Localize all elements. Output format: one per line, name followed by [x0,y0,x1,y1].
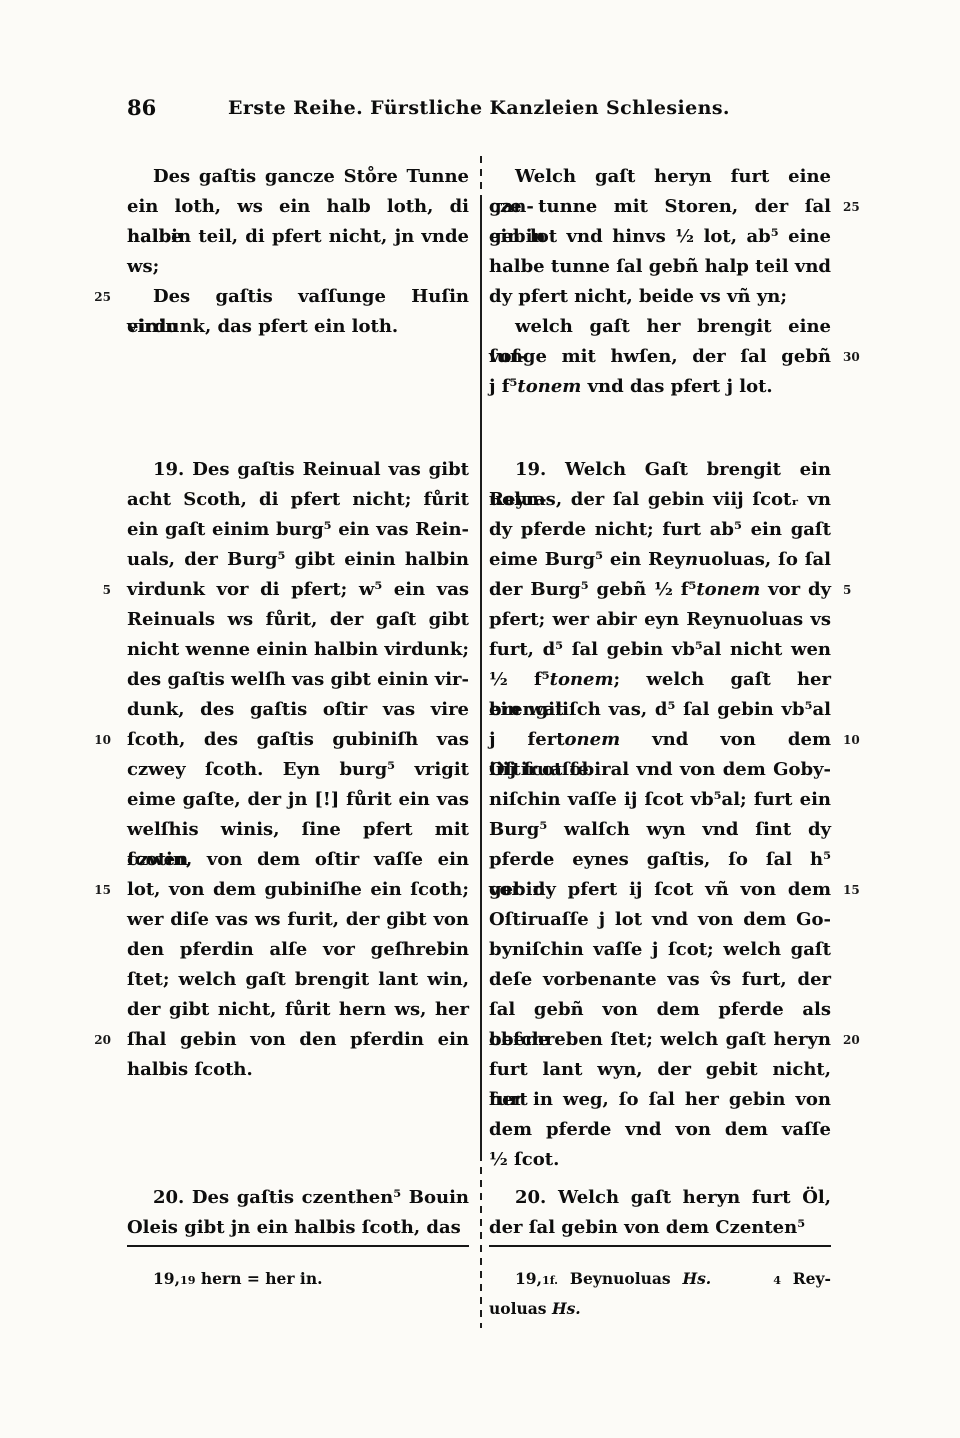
text-line: virdunk, das pfert ein loth. [127,312,469,342]
margin-line-number: 10 [94,725,111,756]
small-ref-text: 4 [773,1274,781,1287]
column-divider-line [480,202,482,1154]
text-line: her in weg, ſo ſal her gebin von [489,1085,831,1115]
italic-text: tonem [517,376,581,397]
margin-line-number: 15 [94,875,111,906]
margin-line-number: 20 [843,1025,860,1056]
text-line: ein waliſch vas, d⁵ ſal gebin vb⁵al [489,695,831,725]
text-line: ein gaſt einim burg⁵ ein vas Rein- [127,515,469,545]
text-line: ſhal gebin von den pferdin ein20 [127,1025,469,1055]
text-line: byniſchin vaſſe j ſcot; welch gaſt [489,935,831,965]
footnote-rule-left [127,1245,469,1247]
text-line: ſunge mit hwſen, der ſal gebñ30 [489,342,831,372]
text-line: dem pferde vnd von dem vaſſe [489,1115,831,1145]
text-block-item20-left: 20. Des gaſtis czenthen⁵ BouinOleis gibt… [127,1183,469,1243]
text-line: furt lant wyn, der gebit nicht, furt [489,1055,831,1085]
italic-text: tonem [550,669,614,690]
text-line: welch gaſt her brengit eine voſ- [489,312,831,342]
text-line: virdunk vor di pfert; w⁵ ein vas5 [127,575,469,605]
margin-line-number: 25 [843,192,860,223]
margin-line-number: 20 [94,1025,111,1056]
italic-text: tonem [696,579,760,600]
margin-line-number: 10 [843,725,860,756]
text-line: Burg⁵ walſch wyn vnd ſint dy [489,815,831,845]
footnote-block-fnote-right: 19,1f. Beynuoluas Hs. 4 Rey-uoluas Hs. [489,1264,831,1324]
text-line: uoluas, der ſal gebin viij ſcotᵣ vn [489,485,831,515]
text-line: halbis ſcoth. [127,1055,469,1085]
text-line: pfert; wer abir eyn Reynuoluas vs [489,605,831,635]
text-line: dunk, des gaſtis oſtir vas vire [127,695,469,725]
text-line: welſhis winis, ſine pfert mit czwen [127,815,469,845]
right-text-column: Welch gaſt heryn furt eine gan-cze tunne… [489,0,831,1438]
book-page: 86 Erste Reihe. Fürstliche Kanzleien Sch… [0,0,960,1438]
text-line: Oſtiruaſſe j lot vnd von dem Go- [489,905,831,935]
margin-line-number: 5 [103,575,111,606]
text-line: wer diſe vas ws furit, der gibt von [127,905,469,935]
margin-line-number: 5 [843,575,851,606]
text-line: deſe vorbenante vas v̂s furt, der [489,965,831,995]
text-block-intro-left: Des gaſtis gancze Sto̊re Tunneein loth, … [127,162,469,342]
text-line: der ſal gebin von dem Czenten⁵ [489,1213,831,1243]
text-line: ½ f⁵tonem; welch gaſt her brengit [489,665,831,695]
text-line: eime Burg⁵ ein Reynuoluas, ſo ſal [489,545,831,575]
italic-text: Hs. [552,1299,581,1318]
text-line: cze tunne mit Storen, der ſal gebin25 [489,192,831,222]
text-line: ſcotin, von dem oſtir vaſſe ein [127,845,469,875]
text-line: Des gaſtis gancze Sto̊re Tunne [127,162,469,192]
text-block-intro-right: Welch gaſt heryn furt eine gan-cze tunne… [489,162,831,402]
italic-text: n [685,549,698,570]
margin-line-number: 30 [843,342,860,373]
text-line: Reinuals ws fůrit, der gaſt gibt [127,605,469,635]
margin-line-number: 15 [843,875,860,906]
text-line: halbin teil, di pfert nicht, jn vnde [127,222,469,252]
text-line: ſtet; welch gaſt brengit lant win, [127,965,469,995]
text-line: ½ ſcot. [489,1145,831,1175]
left-text-column: Des gaſtis gancze Sto̊re Tunneein loth, … [127,0,469,1438]
text-block-item19-left: 19. Des gaſtis Reinual vas gibtacht Scot… [127,455,469,1085]
text-line: ein lot vnd hinvs ½ lot, ab⁵ eine [489,222,831,252]
text-line: Des gaſtis vaſſunge Huſin einin25 [127,282,469,312]
text-line: ein loth, ws ein halb loth, di halbe [127,192,469,222]
text-line: vor dy pfert ij ſcot vñ von dem15 [489,875,831,905]
footnote-rule-right [489,1245,831,1247]
text-block-item19-right: 19. Welch Gaſt brengit ein Reyn-uoluas, … [489,455,831,1175]
text-line: 19,1f. Beynuoluas Hs. 4 Rey- [489,1264,831,1294]
text-line: 20. Des gaſtis czenthen⁵ Bouin [127,1183,469,1213]
italic-text: Hs. [682,1269,711,1288]
margin-line-number: 25 [68,282,111,313]
text-line: ws; [127,252,469,282]
small-ref-text: 1f. [542,1274,558,1287]
text-line: dy pfert nicht, beide vs vñ yn; [489,282,831,312]
text-line: der Burg⁵ gebñ ½ f⁵tonem vor dy5 [489,575,831,605]
text-line: beſchreben ſtet; welch gaſt heryn20 [489,1025,831,1055]
text-line: 19,19 hern = her in. [127,1264,469,1294]
text-line: nicht wenne einin halbin virdunk; [127,635,469,665]
text-block-item20-right: 20. Welch gaſt heryn furt Öl,der ſal geb… [489,1183,831,1243]
text-line: lot, von dem gubiniſhe ein ſcoth;15 [127,875,469,905]
text-line: 20. Welch gaſt heryn furt Öl, [489,1183,831,1213]
text-line: ſcoth, des gaſtis gubiniſh vas10 [127,725,469,755]
text-line: acht Scoth, di pfert nicht; fůrit [127,485,469,515]
small-ref-text: 19 [180,1274,196,1287]
text-line: Welch gaſt heryn furt eine gan- [489,162,831,192]
text-line: czwey ſcoth. Eyn burg⁵ vrigit [127,755,469,785]
text-line: niſchin vaſſe ij ſcot vb⁵al; furt ein [489,785,831,815]
text-line: 19. Des gaſtis Reinual vas gibt [127,455,469,485]
text-line: Oleis gibt jn ein halbis ſcoth, das [127,1213,469,1243]
column-divider-line-top [480,156,482,202]
text-line: j fertonem vnd von dem Oſtiruaſſe10 [489,725,831,755]
text-line: ſal gebñ von dem pferde als obene [489,995,831,1025]
text-line: iiij ſcot obiral vnd von dem Goby- [489,755,831,785]
column-divider-line-bottom [480,1154,482,1328]
text-line: dy pferde nicht; furt ab⁵ ein gaſt [489,515,831,545]
text-line: des gaſtis welſh vas gibt einin vir- [127,665,469,695]
text-line: den pferdin alſe vor geſhrebin [127,935,469,965]
footnote-block-fnote-left: 19,19 hern = her in. [127,1264,469,1294]
text-line: 19. Welch Gaſt brengit ein Reyn- [489,455,831,485]
text-line: j f⁵tonem vnd das pfert j lot. [489,372,831,402]
text-line: pferde eynes gaſtis, ſo ſal h⁵ gebin [489,845,831,875]
text-line: eime gaſte, der jn [!] fůrit ein vas [127,785,469,815]
text-line: uals, der Burg⁵ gibt einin halbin [127,545,469,575]
text-line: uoluas Hs. [489,1294,831,1324]
text-line: der gibt nicht, fůrit hern ws, her [127,995,469,1025]
text-line: furt, d⁵ ſal gebin vb⁵al nicht wen [489,635,831,665]
italic-text: onem [565,729,621,750]
text-line: halbe tunne ſal gebñ halp teil vnd [489,252,831,282]
